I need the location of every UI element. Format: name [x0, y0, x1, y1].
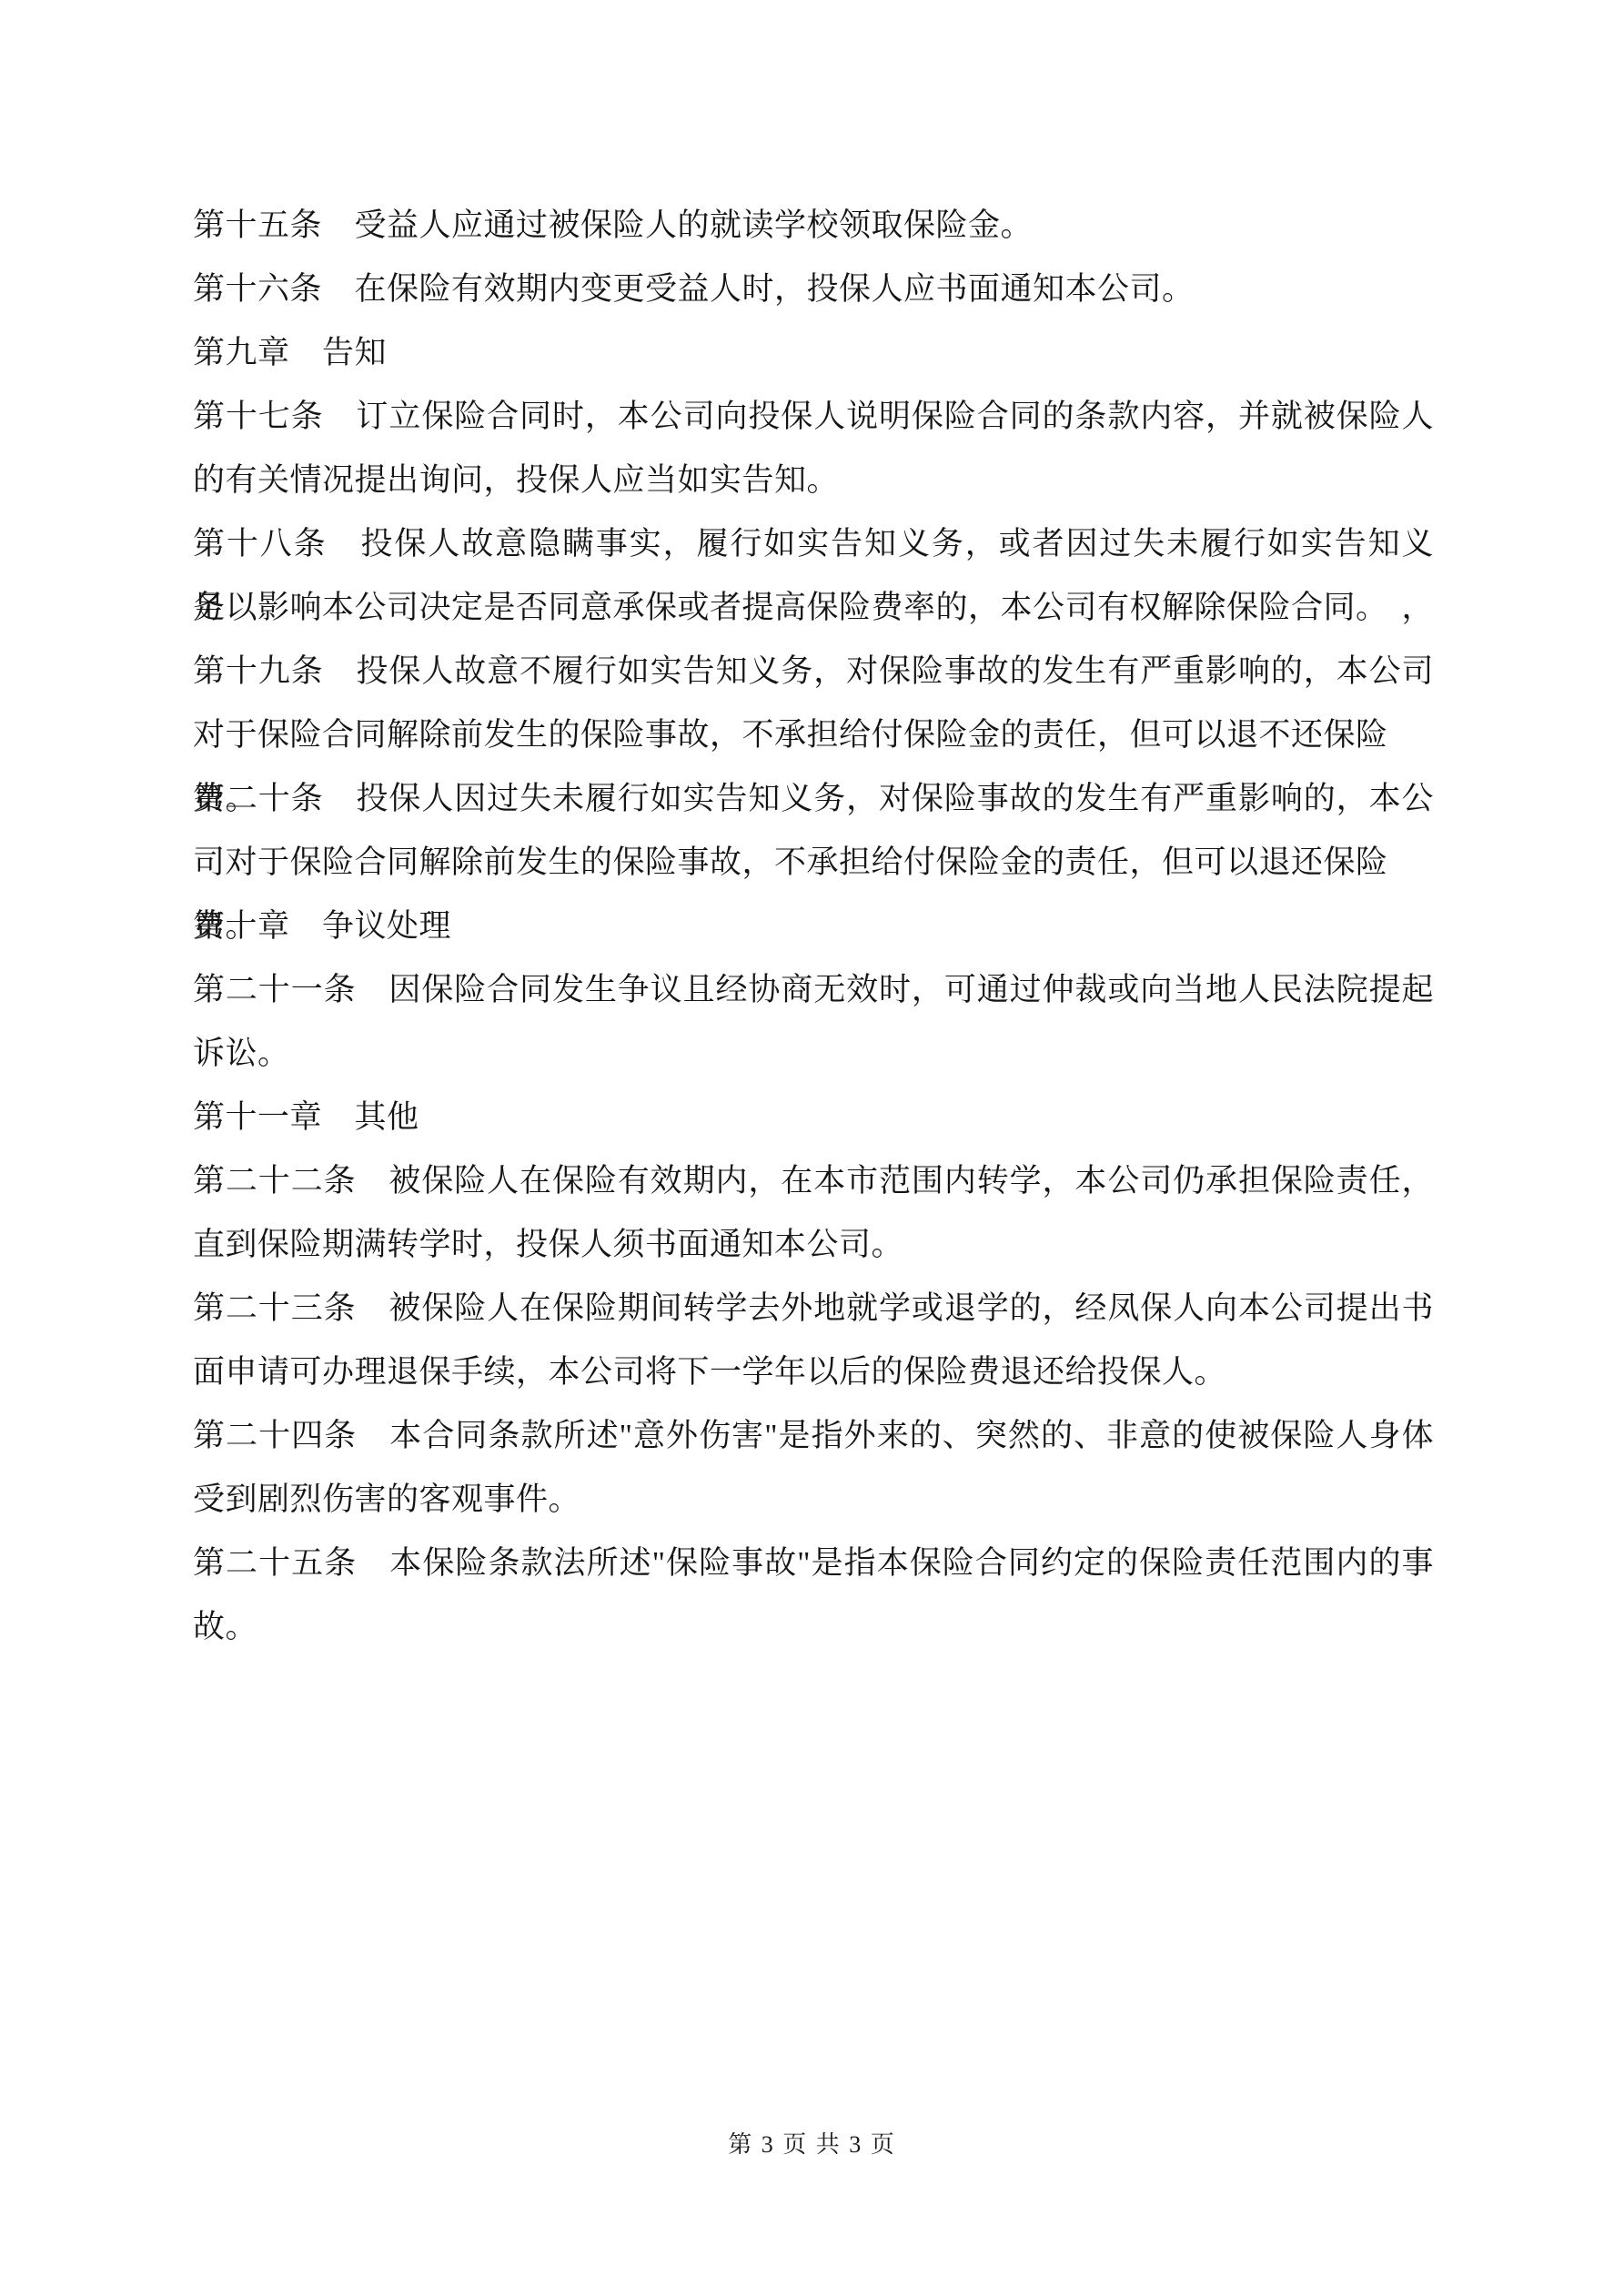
continuation-line: 受到剧烈伤害的客观事件。 — [193, 1468, 1434, 1532]
continuation-line: 司对于保险合同解除前发生的保险事故，不承担给付保险金的责任，但可以退还保险费。 — [193, 831, 1434, 895]
article-line: 第十六条 在保险有效期内变更受益人时，投保人应书面通知本公司。 — [193, 258, 1434, 321]
article-line: 第二十三条 被保险人在保险期间转学去外地就学或退学的，经凤保人向本公司提出书 — [193, 1277, 1434, 1340]
continuation-line: 直到保险期满转学时，投保人须书面通知本公司。 — [193, 1213, 1434, 1277]
continuation-line: 诉讼。 — [193, 1022, 1434, 1086]
continuation-line: 足以影响本公司决定是否同意承保或者提高保险费率的，本公司有权解除保险合同。 — [193, 576, 1434, 640]
article-line: 第二十条 投保人因过失未履行如实告知义务，对保险事故的发生有严重影响的，本公 — [193, 767, 1434, 831]
article-line: 第十九条 投保人故意不履行如实告知义务，对保险事故的发生有严重影响的，本公司 — [193, 640, 1434, 703]
document-page: 第十五条 受益人应通过被保险人的就读学校领取保险金。第十六条 在保险有效期内变更… — [0, 0, 1624, 2296]
page-number-label: 第 3 页 共 3 页 — [728, 2131, 896, 2158]
article-line: 第二十五条 本保险条款法所述"保险事故"是指本保险合同约定的保险责任范围内的事 — [193, 1532, 1434, 1595]
page-footer: 第 3 页 共 3 页 — [0, 2127, 1624, 2163]
chapter-heading: 第九章 告知 — [193, 321, 1434, 385]
article-line: 第二十四条 本合同条款所述"意外伤害"是指外来的、突然的、非意的使被保险人身体 — [193, 1404, 1434, 1468]
article-line: 第十五条 受益人应通过被保险人的就读学校领取保险金。 — [193, 194, 1434, 258]
article-line: 第十八条 投保人故意隐瞒事实，履行如实告知义务，或者因过失未履行如实告知义务， — [193, 512, 1434, 576]
chapter-heading: 第十章 争议处理 — [193, 895, 1434, 958]
continuation-line: 故。 — [193, 1595, 1434, 1659]
continuation-line: 面申请可办理退保手续，本公司将下一学年以后的保险费退还给投保人。 — [193, 1340, 1434, 1404]
document-body: 第十五条 受益人应通过被保险人的就读学校领取保险金。第十六条 在保险有效期内变更… — [193, 194, 1434, 1659]
article-line: 第二十一条 因保险合同发生争议且经协商无效时，可通过仲裁或向当地人民法院提起 — [193, 958, 1434, 1022]
continuation-line: 的有关情况提出询问，投保人应当如实告知。 — [193, 449, 1434, 512]
article-line: 第二十二条 被保险人在保险有效期内，在本市范围内转学，本公司仍承担保险责任， — [193, 1149, 1434, 1213]
article-line: 第十七条 订立保险合同时，本公司向投保人说明保险合同的条款内容，并就被保险人 — [193, 385, 1434, 449]
continuation-line: 对于保险合同解除前发生的保险事故，不承担给付保险金的责任，但可以退不还保险费。 — [193, 703, 1434, 767]
chapter-heading: 第十一章 其他 — [193, 1086, 1434, 1149]
